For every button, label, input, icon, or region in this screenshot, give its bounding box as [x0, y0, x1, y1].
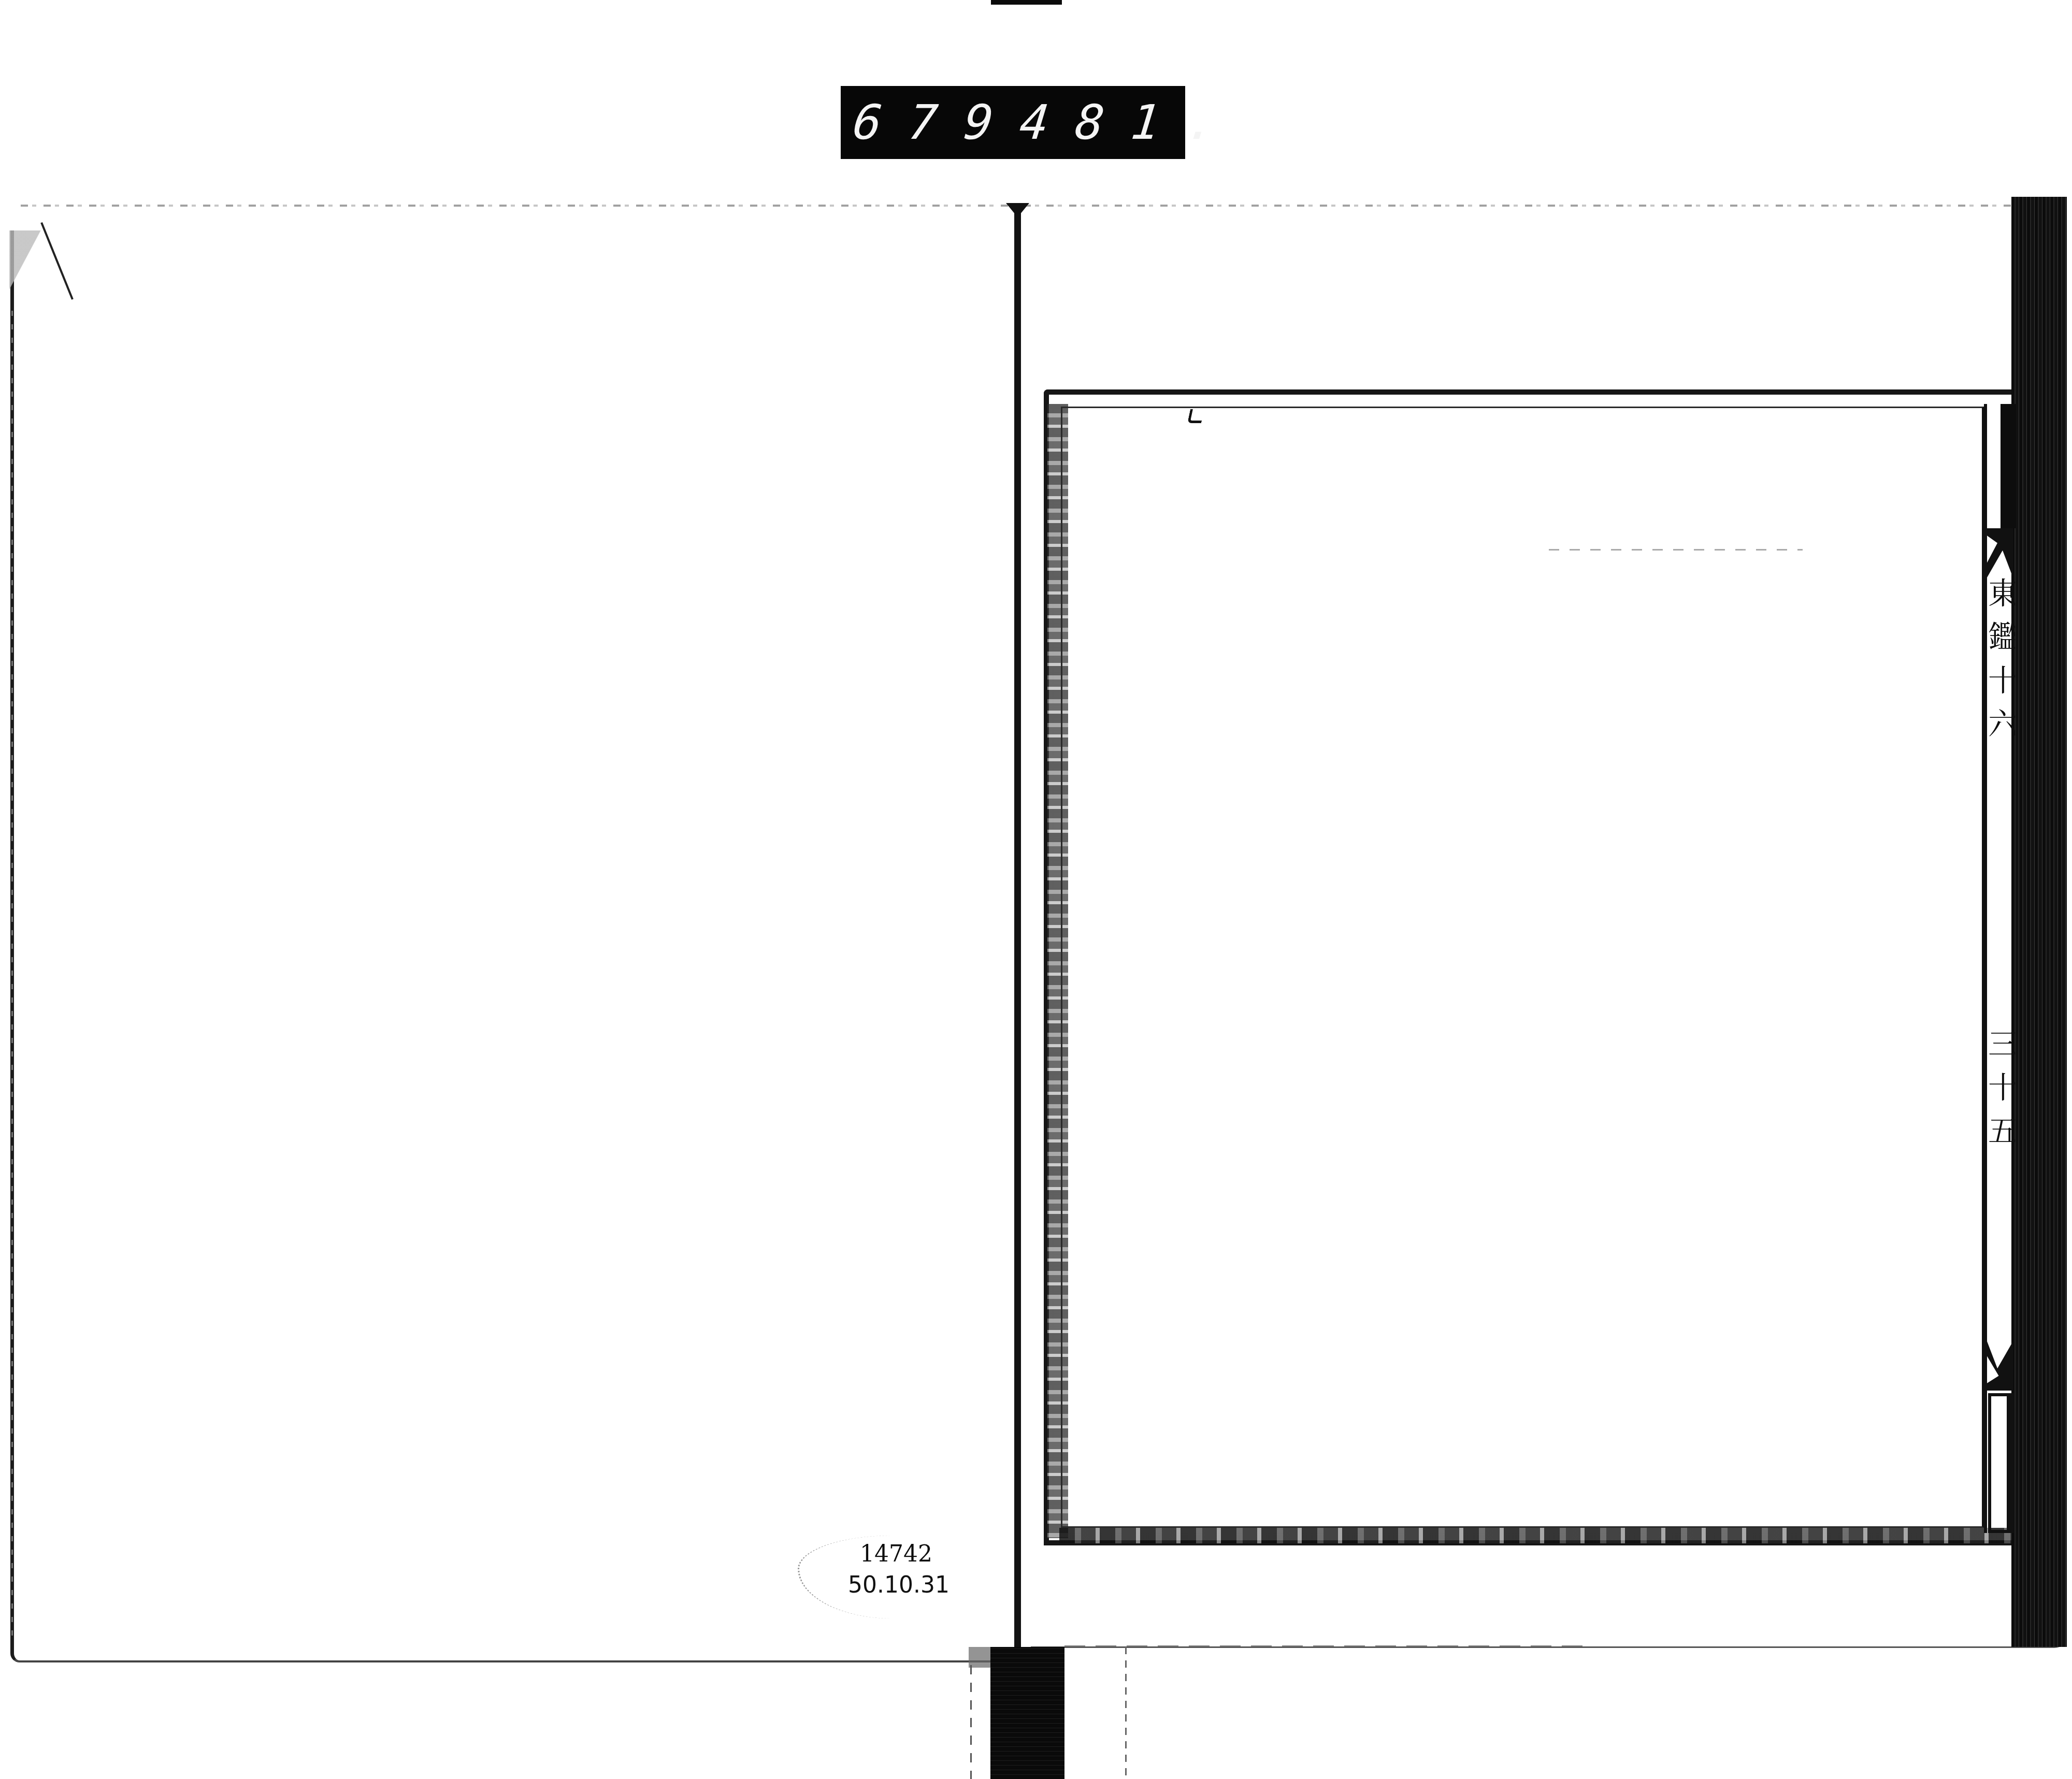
spine-cap	[1006, 203, 1029, 214]
film-bottom-block	[990, 1647, 1064, 1779]
frame-counter-right: 481.	[1017, 95, 1246, 150]
fold-column-page-number: 三十五	[1986, 1028, 2015, 1246]
ink-mark	[1187, 409, 1204, 423]
frame-counter: 679 481.	[841, 86, 1185, 159]
left-page-edge-dots	[11, 311, 13, 1637]
printed-inner-border	[1061, 407, 1984, 1528]
film-bottom-shade	[969, 1647, 990, 1668]
stamp-accession-number: 14742	[850, 1541, 943, 1567]
frame-counter-left: 679	[850, 95, 1023, 150]
fold-edge-shadow	[2011, 197, 2067, 1647]
fold-column-title: 東鑑十六	[1986, 577, 2015, 811]
film-edge-dashes	[1125, 1647, 1127, 1779]
stamp-date: 50.10.31	[844, 1572, 953, 1598]
film-edge-dashes	[970, 1665, 972, 1779]
page-corner-fold	[9, 230, 46, 308]
sheet-bottom-edge	[1064, 1645, 1582, 1647]
fold-top-black-mouth	[2001, 404, 2016, 528]
faint-bleed-through	[1549, 549, 1803, 551]
fold-bottom-block	[1988, 1393, 2014, 1533]
film-top-tab	[991, 0, 1062, 5]
book-spine-gutter	[1014, 205, 1021, 1660]
left-page	[10, 230, 1015, 1662]
printed-bottom-border	[1059, 1528, 2025, 1543]
